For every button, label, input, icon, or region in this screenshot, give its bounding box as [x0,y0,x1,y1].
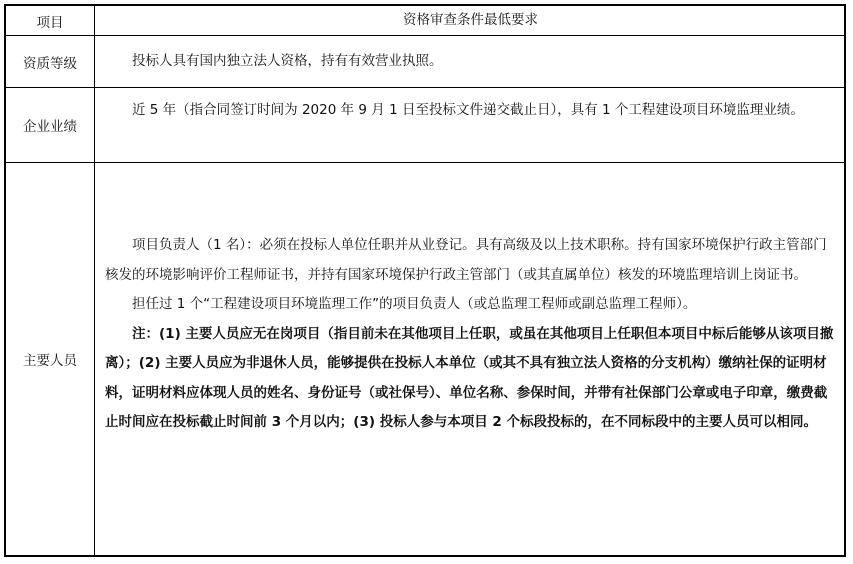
row-content-personnel: 项目负责人（1 名）：必须在投标人单位任职并从业登记。具有高级及以上技术职称。持… [95,163,844,555]
requirement-text: 近 5 年（指合同签订时间为 2020 年 9 月 1 日至投标文件递交截止日）… [105,96,836,125]
requirement-text: 担任过 1 个“工程建设项目环境监理工作”的项目负责人（或总监理工程师或副总监理… [105,290,836,320]
qualification-table: 项目 资格审查条件最低要求 资质等级 投标人具有国内独立法人资格，持有有效营业执… [4,4,846,557]
row-label-personnel: 主要人员 [6,163,94,555]
requirement-text: 项目负责人（1 名）：必须在投标人单位任职并从业登记。具有高级及以上技术职称。持… [105,231,836,290]
row-label-performance: 企业业绩 [6,88,94,162]
header-requirements: 资格审查条件最低要求 [95,6,844,35]
header-item: 项目 [6,6,94,35]
row-content-qualification: 投标人具有国内独立法人资格，持有有效营业执照。 [95,36,844,87]
requirement-note: 注：(1) 主要人员应无在岗项目（指目前未在其他项目上任职，或虽在其他项目上任职… [105,320,836,438]
requirement-text: 投标人具有国内独立法人资格，持有有效营业执照。 [105,47,443,77]
row-label-qualification: 资质等级 [6,36,94,87]
row-content-performance: 近 5 年（指合同签订时间为 2020 年 9 月 1 日至投标文件递交截止日）… [95,88,844,162]
